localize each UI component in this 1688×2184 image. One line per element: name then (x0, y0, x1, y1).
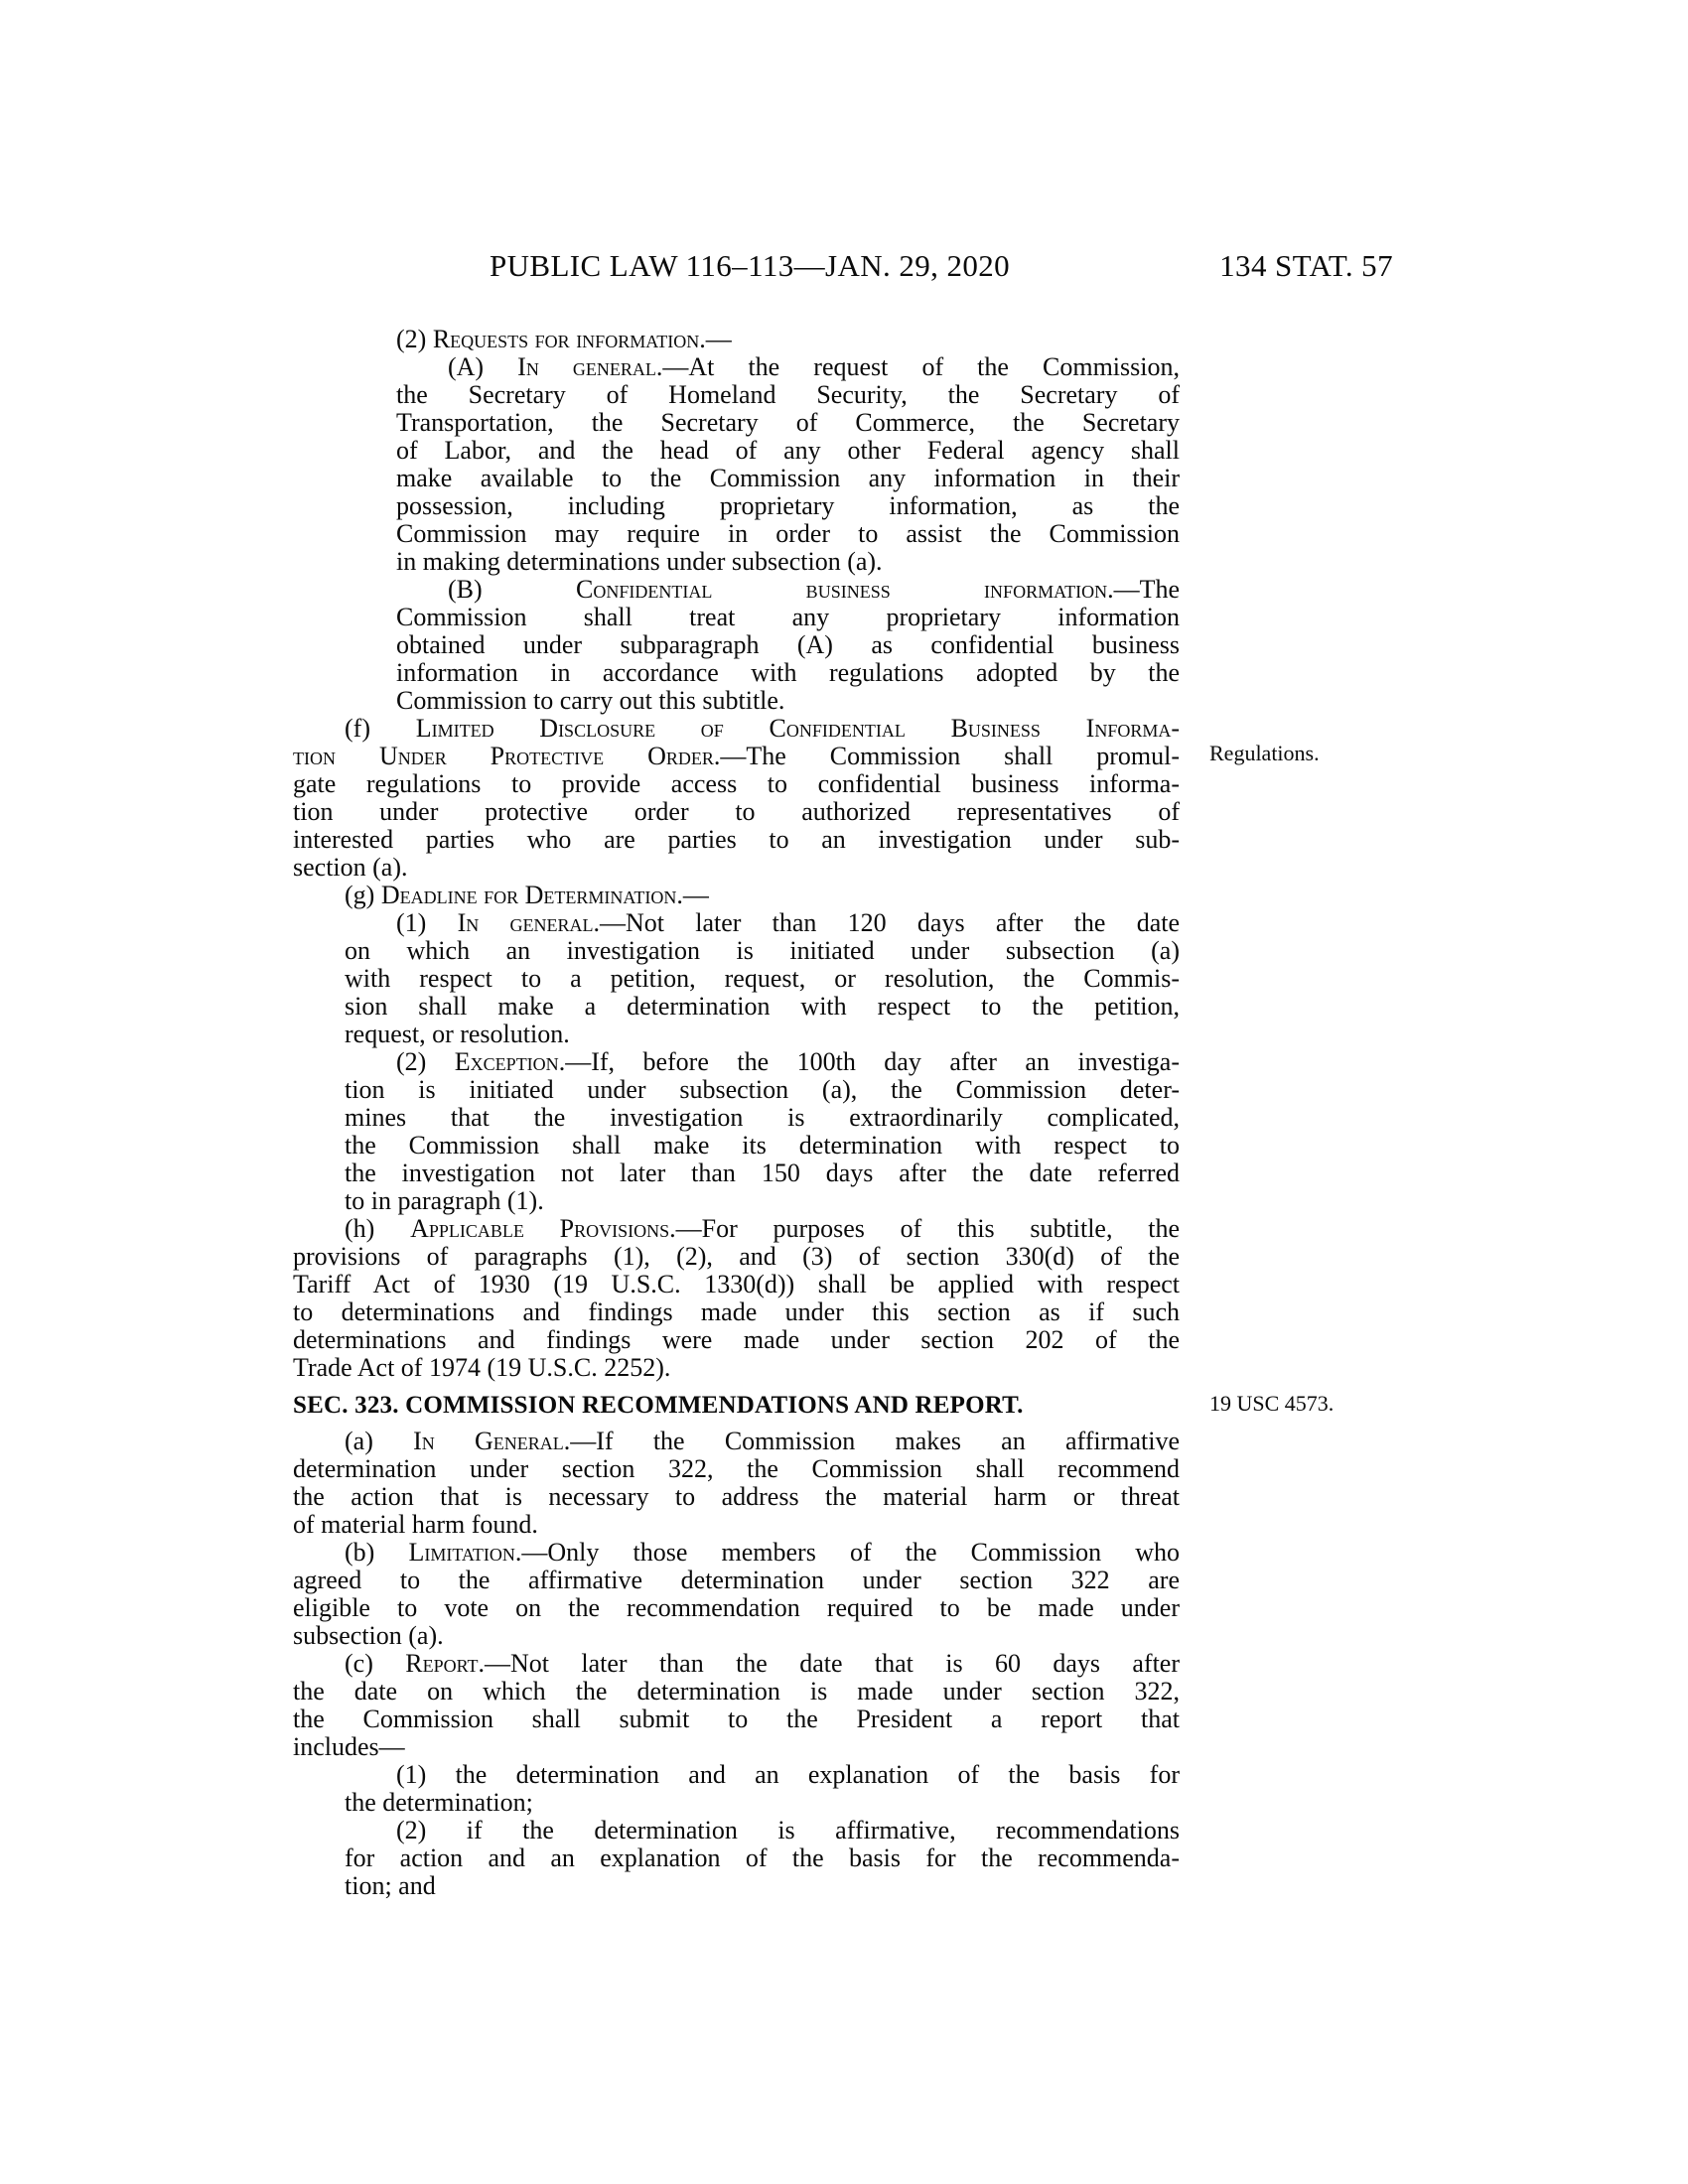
statute-line: tion Under Protective Order.—The Commiss… (293, 743, 1180, 770)
small-caps-run: Deadline for Determination (381, 881, 677, 909)
statute-line: Commission shall treat any proprietary i… (396, 604, 1180, 631)
statute-line: (1) In general.—Not later than 120 days … (396, 909, 1180, 937)
statute-paragraph: (2) if the determination is affirmative,… (293, 1817, 1180, 1900)
statute-line: includes— (293, 1733, 1180, 1761)
text-run: possession, including proprietary inform… (396, 491, 1180, 520)
statute-paragraph: (g) Deadline for Determination.— (293, 882, 1180, 909)
statute-line: to in paragraph (1). (345, 1187, 1180, 1215)
statute-line: with respect to a petition, request, or … (345, 965, 1180, 993)
statute-line: eligible to vote on the recommendation r… (293, 1594, 1180, 1622)
statute-line: determinations and findings were made un… (293, 1326, 1180, 1354)
text-run: of material harm found. (293, 1510, 538, 1539)
text-run: Tariff Act of 1930 (19 U.S.C. 1330(d)) s… (293, 1270, 1180, 1298)
statute-line: Commission may require in order to assis… (396, 520, 1180, 548)
statute-line: Transportation, the Secretary of Commerc… (396, 409, 1180, 437)
text-run: (c) (345, 1649, 405, 1678)
text-run: (2) if the determination is affirmative,… (396, 1816, 1180, 1844)
text-run: the determination; (345, 1788, 533, 1817)
text-run: in making determinations under subsectio… (396, 547, 883, 576)
text-run: provisions of paragraphs (1), (2), and (… (293, 1242, 1180, 1271)
statute-line: the determination; (345, 1789, 1180, 1817)
statute-paragraph: (1) In general.—Not later than 120 days … (293, 909, 1180, 1048)
text-run: .—Not later than 120 days after the date (593, 908, 1180, 937)
statute-line: the investigation not later than 150 day… (345, 1160, 1180, 1187)
statute-line: the action that is necessary to address … (293, 1483, 1180, 1511)
text-run: to in paragraph (1). (345, 1186, 544, 1215)
statute-line: tion; and (345, 1872, 1180, 1900)
statute-line: tion is initiated under subsection (a), … (345, 1076, 1180, 1104)
text-run: with respect to a petition, request, or … (345, 964, 1180, 993)
small-caps-run: Limitation (408, 1538, 514, 1567)
statute-line: on which an investigation is initiated u… (345, 937, 1180, 965)
text-run: tion under protective order to authorize… (293, 797, 1180, 826)
small-caps-run: In general (517, 352, 656, 381)
statute-line: to determinations and findings made unde… (293, 1298, 1180, 1326)
running-head-law-title: PUBLIC LAW 116–113—JAN. 29, 2020 (490, 250, 1010, 282)
statute-line: section (a). (293, 854, 1180, 882)
text-run: section (a). (293, 853, 408, 882)
statute-line: (f) Limited Disclosure of Confidential B… (345, 715, 1180, 743)
text-run: tion is initiated under subsection (a), … (345, 1075, 1180, 1104)
text-run: (1) the determination and an explanation… (396, 1760, 1180, 1789)
statute-line: (2) if the determination is affirmative,… (396, 1817, 1180, 1844)
text-run: subsection (a). (293, 1621, 444, 1650)
text-run: Transportation, the Secretary of Commerc… (396, 408, 1180, 437)
text-run: the Commission shall make its determinat… (345, 1131, 1180, 1160)
statute-paragraph: (2) Exception.—If, before the 100th day … (293, 1048, 1180, 1215)
statute-line: subsection (a). (293, 1622, 1180, 1650)
text-run: .—If the Commission makes an affirmative (564, 1427, 1180, 1455)
statute-page: PUBLIC LAW 116–113—JAN. 29, 2020 134 STA… (0, 0, 1688, 2184)
small-caps-run: In general (458, 908, 594, 937)
text-run: includes— (293, 1732, 405, 1761)
small-caps-run: Exception (455, 1047, 559, 1076)
statute-line: possession, including proprietary inform… (396, 492, 1180, 520)
small-caps-run: Report (405, 1649, 478, 1678)
text-run: request, or resolution. (345, 1020, 570, 1048)
text-run: mines that the investigation is extraord… (345, 1103, 1180, 1132)
text-run: to determinations and findings made unde… (293, 1297, 1180, 1326)
statute-text-column: (2) Requests for information.—(A) In gen… (293, 326, 1180, 1900)
statute-line: for action and an explanation of the bas… (345, 1844, 1180, 1872)
statute-line: (a) In General.—If the Commission makes … (345, 1428, 1180, 1455)
statute-line: interested parties who are parties to an… (293, 826, 1180, 854)
text-run: .—Only those members of the Commission w… (515, 1538, 1180, 1567)
statute-line: make available to the Commission any inf… (396, 465, 1180, 492)
statute-paragraph: (A) In general.—At the request of the Co… (293, 353, 1180, 576)
statute-paragraph: (1) the determination and an explanation… (293, 1761, 1180, 1817)
margin-note: 19 USC 4573. (1209, 1391, 1507, 1417)
text-run: SEC. 323. COMMISSION RECOMMENDATIONS AND… (293, 1392, 1024, 1419)
text-run: (2) (396, 1047, 455, 1076)
section-heading: SEC. 323. COMMISSION RECOMMENDATIONS AND… (293, 1392, 1180, 1420)
statute-line: agreed to the affirmative determination … (293, 1567, 1180, 1594)
small-caps-run: tion Under Protective Order (293, 742, 714, 770)
text-run: .—The Commission shall promul- (714, 742, 1180, 770)
statute-paragraph: (h) Applicable Provisions.—For purposes … (293, 1215, 1180, 1382)
text-run: determination under section 322, the Com… (293, 1454, 1180, 1483)
statute-line: information in accordance with regulatio… (396, 659, 1180, 687)
statute-paragraph: (B) Confidential business information.—T… (293, 576, 1180, 715)
text-run: agreed to the affirmative determination … (293, 1566, 1180, 1594)
text-run: the investigation not later than 150 day… (345, 1159, 1180, 1187)
statute-paragraph: (b) Limitation.—Only those members of th… (293, 1539, 1180, 1650)
small-caps-run: Confidential business information (576, 575, 1107, 604)
small-caps-run: In General (413, 1427, 564, 1455)
statute-line: obtained under subparagraph (A) as confi… (396, 631, 1180, 659)
text-run: .—The (1107, 575, 1180, 604)
text-run: (B) (448, 575, 576, 604)
statute-line: the date on which the determination is m… (293, 1678, 1180, 1706)
text-run: determinations and findings were made un… (293, 1325, 1180, 1354)
statute-paragraph: (c) Report.—Not later than the date that… (293, 1650, 1180, 1761)
statute-line: provisions of paragraphs (1), (2), and (… (293, 1243, 1180, 1271)
statute-line: (1) the determination and an explanation… (396, 1761, 1180, 1789)
text-run: .—At the request of the Commission, (656, 352, 1180, 381)
running-head-stat-page-number: 134 STAT. 57 (1219, 250, 1393, 282)
statute-line: request, or resolution. (345, 1021, 1180, 1048)
small-caps-run: Limited Disclosure of Confidential Busin… (416, 714, 1180, 743)
text-run: Commission may require in order to assis… (396, 519, 1180, 548)
statute-line: gate regulations to provide access to co… (293, 770, 1180, 798)
text-run: .—Not later than the date that is 60 day… (479, 1649, 1181, 1678)
small-caps-run: Applicable Provisions (410, 1214, 669, 1243)
statute-paragraph: (a) In General.—If the Commission makes … (293, 1428, 1180, 1539)
statute-line: the Commission shall submit to the Presi… (293, 1706, 1180, 1733)
text-run: make available to the Commission any inf… (396, 464, 1180, 492)
text-run: (b) (345, 1538, 408, 1567)
text-run: the Secretary of Homeland Security, the … (396, 380, 1180, 409)
statute-line: (2) Exception.—If, before the 100th day … (396, 1048, 1180, 1076)
statute-line: (c) Report.—Not later than the date that… (345, 1650, 1180, 1678)
statute-line: determination under section 322, the Com… (293, 1455, 1180, 1483)
statute-line: (g) Deadline for Determination.— (345, 882, 1180, 909)
text-run: (f) (345, 714, 416, 743)
text-run: eligible to vote on the recommendation r… (293, 1593, 1180, 1622)
statute-line: (h) Applicable Provisions.—For purposes … (345, 1215, 1180, 1243)
statute-line: (A) In general.—At the request of the Co… (448, 353, 1180, 381)
text-run: .— (699, 325, 732, 353)
text-run: (2) (396, 325, 433, 353)
statute-line: (b) Limitation.—Only those members of th… (345, 1539, 1180, 1567)
statute-line: (B) Confidential business information.—T… (448, 576, 1180, 604)
text-run: the Commission shall submit to the Presi… (293, 1705, 1180, 1733)
statute-paragraph: (2) Requests for information.— (293, 326, 1180, 353)
statute-paragraph: (f) Limited Disclosure of Confidential B… (293, 715, 1180, 882)
text-run: gate regulations to provide access to co… (293, 769, 1180, 798)
statute-line: tion under protective order to authorize… (293, 798, 1180, 826)
text-run: the action that is necessary to address … (293, 1482, 1180, 1511)
text-run: (h) (345, 1214, 410, 1243)
text-run: (g) (345, 881, 381, 909)
margin-note: Regulations. (1209, 741, 1507, 766)
text-run: the date on which the determination is m… (293, 1677, 1180, 1706)
text-run: .—If, before the 100th day after an inve… (559, 1047, 1180, 1076)
statute-line: in making determinations under subsectio… (396, 548, 1180, 576)
text-run: (1) (396, 908, 458, 937)
text-run: Commission to carry out this subtitle. (396, 686, 784, 715)
statute-line: mines that the investigation is extraord… (345, 1104, 1180, 1132)
statute-line: sion shall make a determination with res… (345, 993, 1180, 1021)
statute-line: Commission to carry out this subtitle. (396, 687, 1180, 715)
statute-line: of material harm found. (293, 1511, 1180, 1539)
text-run: Trade Act of 1974 (19 U.S.C. 2252). (293, 1353, 670, 1382)
statute-line: Trade Act of 1974 (19 U.S.C. 2252). (293, 1354, 1180, 1382)
statute-line: the Secretary of Homeland Security, the … (396, 381, 1180, 409)
text-run: (A) (448, 352, 517, 381)
text-run: Commission shall treat any proprietary i… (396, 603, 1180, 631)
text-run: interested parties who are parties to an… (293, 825, 1180, 854)
text-run: sion shall make a determination with res… (345, 992, 1180, 1021)
text-run: .— (676, 881, 709, 909)
text-run: .—For purposes of this subtitle, the (669, 1214, 1180, 1243)
text-run: tion; and (345, 1871, 436, 1900)
text-run: on which an investigation is initiated u… (345, 936, 1180, 965)
statute-line: SEC. 323. COMMISSION RECOMMENDATIONS AND… (293, 1392, 1180, 1420)
statute-line: Tariff Act of 1930 (19 U.S.C. 1330(d)) s… (293, 1271, 1180, 1298)
text-run: (a) (345, 1427, 413, 1455)
text-run: of Labor, and the head of any other Fede… (396, 436, 1180, 465)
text-run: information in accordance with regulatio… (396, 658, 1180, 687)
text-run: for action and an explanation of the bas… (345, 1843, 1180, 1872)
text-run: obtained under subparagraph (A) as confi… (396, 630, 1180, 659)
statute-line: (2) Requests for information.— (396, 326, 1180, 353)
small-caps-run: Requests for information (433, 325, 699, 353)
statute-line: the Commission shall make its determinat… (345, 1132, 1180, 1160)
statute-line: of Labor, and the head of any other Fede… (396, 437, 1180, 465)
